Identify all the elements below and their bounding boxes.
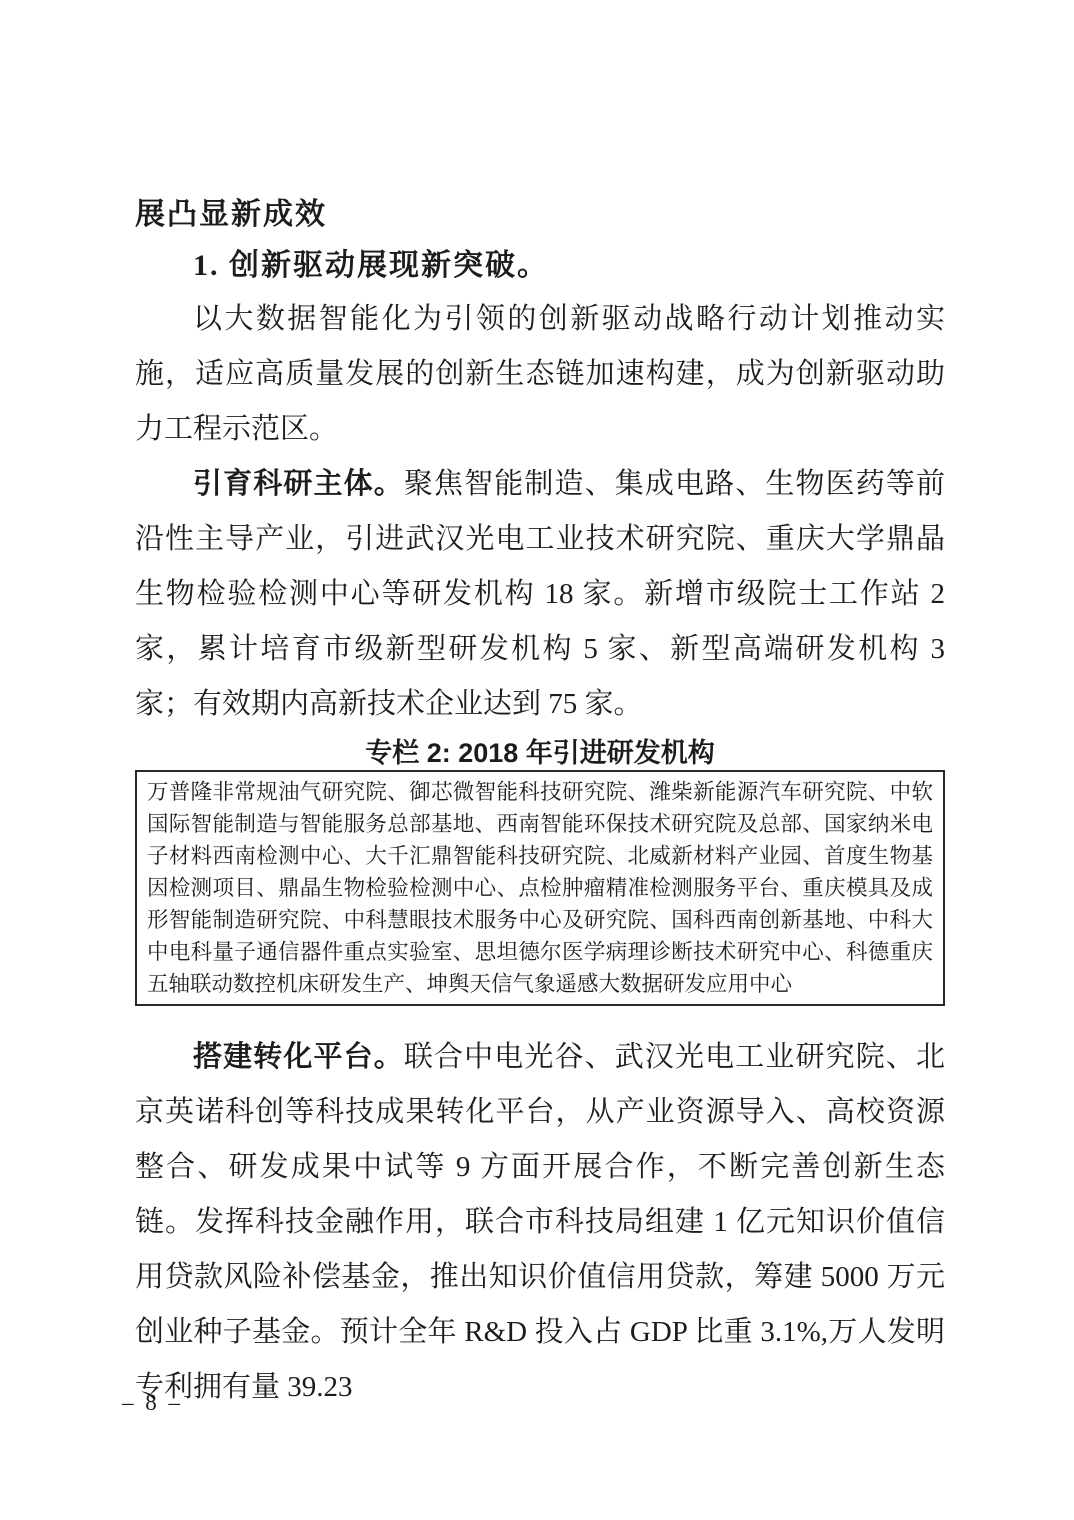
paragraph-research-entities: 引育科研主体。聚焦智能制造、集成电路、生物医药等前沿性主导产业，引进武汉光电工业…	[135, 457, 945, 732]
paragraph-text: 聚焦智能制造、集成电路、生物医药等前沿性主导产业，引进武汉光电工业技术研究院、重…	[135, 468, 945, 720]
paragraph-platform: 搭建转化平台。联合中电光谷、武汉光电工业研究院、北京英诺科创等科技成果转化平台，…	[135, 1030, 945, 1415]
paragraph-lead-bold: 搭建转化平台。	[193, 1041, 404, 1073]
paragraph-lead-bold: 引育科研主体。	[193, 468, 404, 500]
continuation-heading: 展凸显新成效	[135, 196, 945, 234]
box-2018-institutions: 万普隆非常规油气研究院、御芯微智能科技研究院、潍柴新能源汽车研究院、中软国际智能…	[135, 770, 945, 1006]
box-content: 万普隆非常规油气研究院、御芯微智能科技研究院、潍柴新能源汽车研究院、中软国际智能…	[147, 776, 933, 1000]
section-heading: 1. 创新驱动展现新突破。	[135, 240, 945, 292]
paragraph-text: 联合中电光谷、武汉光电工业研究院、北京英诺科创等科技成果转化平台，从产业资源导入…	[135, 1041, 945, 1403]
paragraph-intro: 以大数据智能化为引领的创新驱动战略行动计划推动实施，适应高质量发展的创新生态链加…	[135, 292, 945, 457]
page-number: – 8 –	[122, 1390, 183, 1416]
document-page: 展凸显新成效 1. 创新驱动展现新突破。 以大数据智能化为引领的创新驱动战略行动…	[0, 0, 1074, 1520]
box-title: 专栏 2: 2018 年引进研发机构	[135, 736, 945, 770]
page-content: 展凸显新成效 1. 创新驱动展现新突破。 以大数据智能化为引领的创新驱动战略行动…	[135, 196, 945, 1415]
